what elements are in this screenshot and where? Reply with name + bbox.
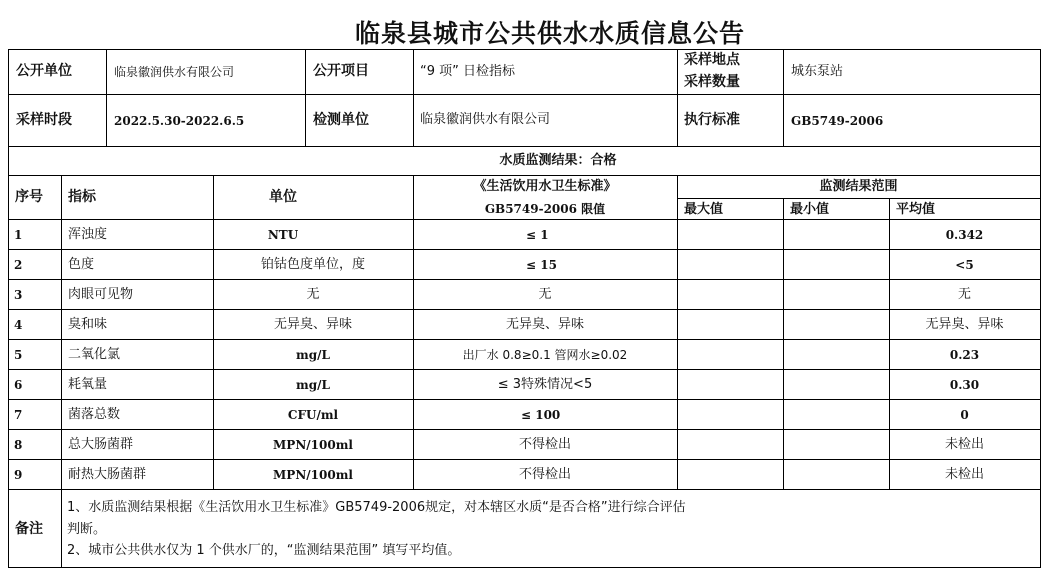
cell-unit: CFU/ml [213, 407, 413, 423]
cell-indicator: 耗氧量 [68, 377, 107, 393]
cell-indicator: 总大肠菌群 [68, 437, 133, 453]
cell-index: 1 [14, 227, 22, 243]
grid-line [8, 219, 1041, 220]
cell-limit: ≤ 3特殊情况<5 [413, 377, 677, 393]
grid-line [8, 94, 1041, 95]
cell-avg: <5 [889, 257, 1040, 273]
cell-index: 4 [14, 317, 22, 333]
grid-line [8, 309, 1041, 310]
table-border-bottom [8, 567, 1041, 568]
cell-index: 7 [14, 407, 22, 423]
cell-unit: MPN/100ml [213, 437, 413, 453]
cell-indicator: 臭和味 [68, 317, 107, 333]
grid-line [106, 49, 107, 146]
col-header-indicator: 指标 [68, 189, 96, 205]
cell-indicator: 肉眼可见物 [68, 287, 133, 303]
cell-index: 5 [14, 347, 22, 363]
grid-line [8, 489, 1041, 490]
cell-indicator: 浑浊度 [68, 227, 107, 243]
standard-value: GB5749-2006 [791, 113, 883, 129]
grid-line [8, 175, 1041, 176]
location-label-line2: 采样数量 [684, 74, 740, 90]
cell-limit: 无 [413, 287, 677, 303]
col-header-range: 监测结果范围 [677, 179, 1040, 195]
cell-avg: 无 [889, 287, 1040, 303]
cell-unit: 无 [213, 287, 413, 303]
cell-unit: 无异臭、异味 [213, 317, 413, 333]
cell-indicator: 耐热大肠菌群 [68, 467, 146, 483]
col-header-max: 最大值 [684, 202, 723, 218]
table-border-left [8, 49, 9, 568]
cell-unit: mg/L [213, 377, 413, 393]
cell-limit: 无异臭、异味 [413, 317, 677, 333]
cell-limit: ≤ 15 [526, 257, 557, 273]
location-label-line1: 采样地点 [684, 52, 740, 68]
col-header-limit-line1: 《生活饮用水卫生标准》 [413, 179, 677, 195]
cell-unit: 铂钴色度单位，度 [213, 257, 413, 273]
result-summary: 水质监测结果：合格 [8, 153, 1046, 169]
table-border-top [8, 49, 1041, 50]
cell-limit: 不得检出 [413, 467, 677, 483]
cell-index: 6 [14, 377, 22, 393]
location-value: 城东泵站 [791, 64, 843, 80]
publisher-value: 临泉徽润供水有限公司 [114, 64, 234, 80]
grid-line [8, 279, 1041, 280]
grid-line [8, 146, 1041, 147]
cell-index: 3 [14, 287, 22, 303]
cell-avg: 0.30 [889, 377, 1040, 393]
lab-value: 临泉徽润供水有限公司 [420, 112, 550, 128]
grid-line [8, 369, 1041, 370]
col-header-unit: 单位 [213, 189, 353, 205]
cell-avg: 0.23 [889, 347, 1040, 363]
col-header-index: 序号 [15, 189, 43, 205]
cell-indicator: 菌落总数 [68, 407, 120, 423]
cell-limit: ≤ 1 [526, 227, 549, 243]
cell-unit: mg/L [213, 347, 413, 363]
cell-avg: 未检出 [889, 467, 1040, 483]
standard-label: 执行标准 [684, 112, 740, 128]
cell-limit: 出厂水 0.8≥0.1 管网水≥0.02 [413, 347, 677, 363]
item-label: 公开项目 [313, 63, 369, 79]
cell-indicator: 二氧化氯 [68, 347, 120, 363]
item-value: “9 项” 日检指标 [420, 64, 515, 80]
cell-unit: NTU [213, 227, 353, 243]
cell-avg: 未检出 [889, 437, 1040, 453]
table-border-right [1040, 49, 1041, 568]
grid-line [677, 49, 678, 146]
grid-line [783, 198, 784, 489]
cell-avg: 0.342 [889, 227, 1040, 243]
page-title: 临泉县城市公共供水水质信息公告 [0, 14, 1046, 50]
col-header-min: 最小值 [790, 202, 829, 218]
grid-line [783, 49, 784, 146]
grid-line [61, 175, 62, 568]
remarks-line3: 2、城市公共供水仅为 1 个供水厂的，“监测结果范围” 填写平均值。 [67, 543, 460, 559]
remarks-line2: 判断。 [67, 522, 106, 538]
grid-line [8, 459, 1041, 460]
publisher-label: 公开单位 [16, 63, 72, 79]
period-value: 2022.5.30-2022.6.5 [114, 113, 244, 129]
cell-indicator: 色度 [68, 257, 94, 273]
grid-line [305, 49, 306, 146]
cell-index: 2 [14, 257, 22, 273]
grid-line [8, 339, 1041, 340]
grid-line [677, 198, 1041, 199]
grid-line [8, 249, 1041, 250]
remarks-line1: 1、水质监测结果根据《生活饮用水卫生标准》GB5749-2006规定，对本辖区水… [67, 500, 686, 516]
grid-line [677, 175, 678, 489]
grid-line [8, 429, 1041, 430]
cell-index: 9 [14, 467, 22, 483]
cell-limit: ≤ 100 [521, 407, 560, 423]
cell-unit: MPN/100ml [213, 467, 413, 483]
lab-label: 检测单位 [313, 112, 369, 128]
cell-avg: 无异臭、异味 [889, 317, 1040, 333]
remarks-label: 备注 [15, 521, 43, 537]
col-header-limit-line2: GB5749-2006 限值 [413, 201, 677, 217]
cell-avg: 0 [889, 407, 1040, 423]
cell-index: 8 [14, 437, 22, 453]
grid-line [8, 399, 1041, 400]
cell-limit: 不得检出 [413, 437, 677, 453]
grid-line [413, 49, 414, 146]
period-label: 采样时段 [16, 112, 72, 128]
col-header-avg: 平均值 [896, 202, 935, 218]
